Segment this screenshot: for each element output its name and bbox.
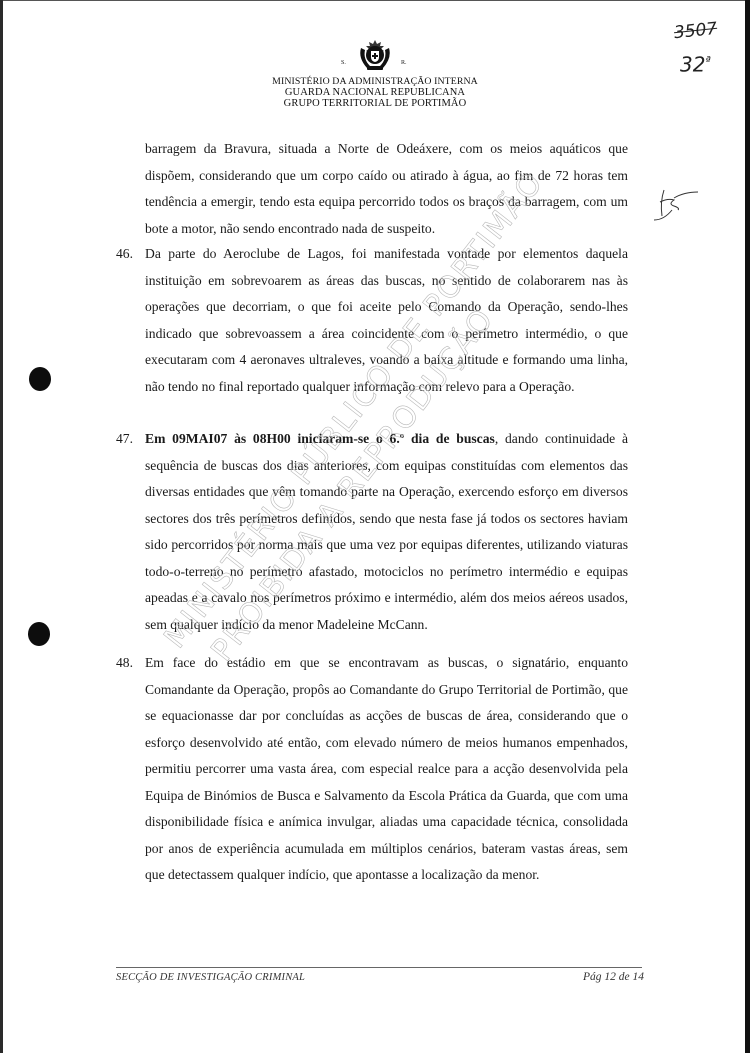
crest-right-letter: R. <box>401 60 407 66</box>
footer-page-number: Pág 12 de 14 <box>583 971 644 983</box>
scan-edge-right <box>745 0 750 1053</box>
header-unit: GRUPO TERRITORIAL DE PORTIMÃO <box>0 98 750 109</box>
scan-edge-top <box>0 0 750 1</box>
crest-block: S. R. <box>315 38 435 76</box>
crest-left-letter: S. <box>341 60 346 66</box>
handwritten-page-number-value: 32 <box>680 53 705 77</box>
letterhead: S. R. MINISTÉRIO DA ADMINISTRAÇÃO INTERN… <box>0 38 750 109</box>
paragraph-text: Em 09MAI07 às 08H00 iniciaram-se o 6.º d… <box>145 426 628 638</box>
handwritten-new-page-number: 32ª <box>680 50 711 76</box>
punch-hole-upper <box>29 367 51 391</box>
paragraph-48: 48. Em face do estádio em que se encontr… <box>116 650 628 889</box>
header-ministry: MINISTÉRIO DA ADMINISTRAÇÃO INTERNA <box>0 76 750 87</box>
paragraph-46: 46. Da parte do Aeroclube de Lagos, foi … <box>116 241 628 400</box>
paragraph-number: 48. <box>116 650 133 677</box>
signature-rubric-icon <box>652 184 712 224</box>
footer-divider <box>116 967 642 968</box>
paragraph-number: 46. <box>116 241 133 268</box>
header-force: GUARDA NACIONAL REPUBLICANA <box>0 87 750 98</box>
coat-of-arms-icon <box>355 38 395 74</box>
handwritten-page-superscript: ª <box>705 54 710 67</box>
document-page: S. R. MINISTÉRIO DA ADMINISTRAÇÃO INTERN… <box>0 0 750 1053</box>
footer-section-name: SECÇÃO DE INVESTIGAÇÃO CRIMINAL <box>116 972 305 983</box>
paragraph-body: , dando continuidade à sequência de busc… <box>145 431 628 632</box>
paragraph-bold-lead: Em 09MAI07 às 08H00 iniciaram-se o 6.º d… <box>145 431 495 446</box>
handwritten-old-page-number: 3507 <box>673 20 718 42</box>
paragraph-47: 47. Em 09MAI07 às 08H00 iniciaram-se o 6… <box>116 426 628 638</box>
continuation-paragraph: barragem da Bravura, situada a Norte de … <box>145 136 628 242</box>
punch-hole-lower <box>28 622 50 646</box>
paragraph-text: Da parte do Aeroclube de Lagos, foi mani… <box>145 241 628 400</box>
paragraph-number: 47. <box>116 426 133 453</box>
scan-edge-left <box>0 0 3 1053</box>
paragraph-text: Em face do estádio em que se encontravam… <box>145 650 628 889</box>
